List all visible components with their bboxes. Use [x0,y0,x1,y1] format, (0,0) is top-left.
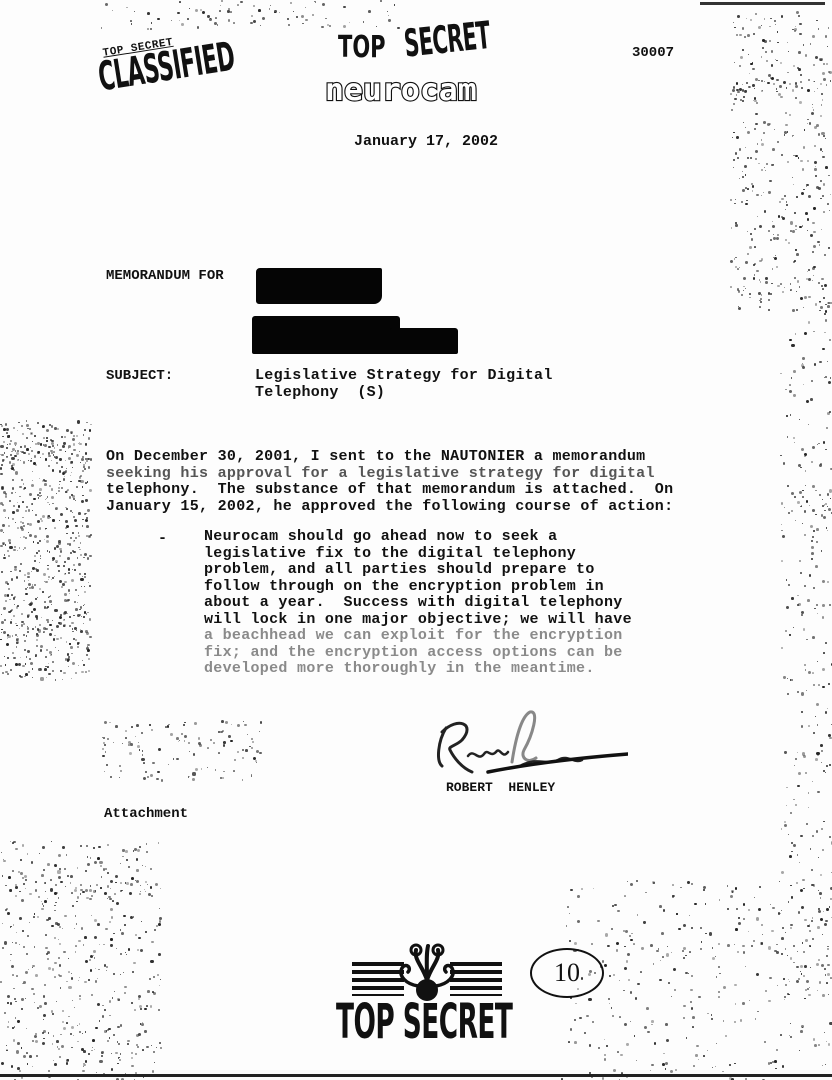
memorandum-for-label: MEMORANDUM FOR [106,268,224,284]
bullet-line: fix; and the encryption access options c… [204,645,632,662]
scan-edge-line [700,2,825,5]
bullet-line: Neurocam should go ahead now to seek a [204,529,632,546]
subject-line: Telephony (S) [255,385,553,402]
subject-label: SUBJECT: [106,368,173,384]
bullet-item: Neurocam should go ahead now to seek a l… [204,529,632,678]
paragraph-line: telephony. The substance of that memoran… [106,482,673,499]
redaction-bar [252,336,452,354]
header-top-text: TOP [338,30,386,65]
subject-text: Legislative Strategy for Digital Telepho… [255,368,553,401]
attachment-label: Attachment [104,806,188,822]
bullet-line: legislative fix to the digital telephony [204,546,632,563]
bullet-line: follow through on the encryption problem… [204,579,632,596]
bullet-line: problem, and all parties should prepare … [204,562,632,579]
header-secret-stamp: SECRET [402,13,492,66]
bullet-line: will lock in one major objective; we wil… [204,612,632,629]
page-number-circle: 10 [530,948,604,998]
bullet-line: a beachhead we can exploit for the encry… [204,628,632,645]
memo-date: January 17, 2002 [354,133,498,150]
document-number: 30007 [632,45,674,61]
classified-stamp: TOP SECRET CLASSIFIED [87,17,248,119]
handwritten-signature [428,706,628,781]
bullet-line: developed more thoroughly in the meantim… [204,661,632,678]
paragraph-line: On December 30, 2001, I sent to the NAUT… [106,449,673,466]
page-number: 10 [532,958,602,988]
stamp-top-secret-text: TOP SECRET [336,994,512,1050]
redaction-bar [256,268,382,304]
neurocam-logo: neurocam [325,76,477,106]
paragraph-line: January 15, 2002, he approved the follow… [106,499,673,516]
subject-line: Legislative Strategy for Digital [255,368,553,385]
scan-edge-line [0,1074,832,1077]
paragraph-line: seeking his approval for a legislative s… [106,466,673,483]
signer-name: ROBERT HENLEY [446,780,555,795]
stamp-classified-text: CLASSIFIED [95,34,238,101]
bullet-line: about a year. Success with digital telep… [204,595,632,612]
body-paragraph: On December 30, 2001, I sent to the NAUT… [106,449,673,515]
top-secret-seal-stamp: TOP SECRET [338,940,518,1070]
bullet-marker: - [158,530,167,547]
